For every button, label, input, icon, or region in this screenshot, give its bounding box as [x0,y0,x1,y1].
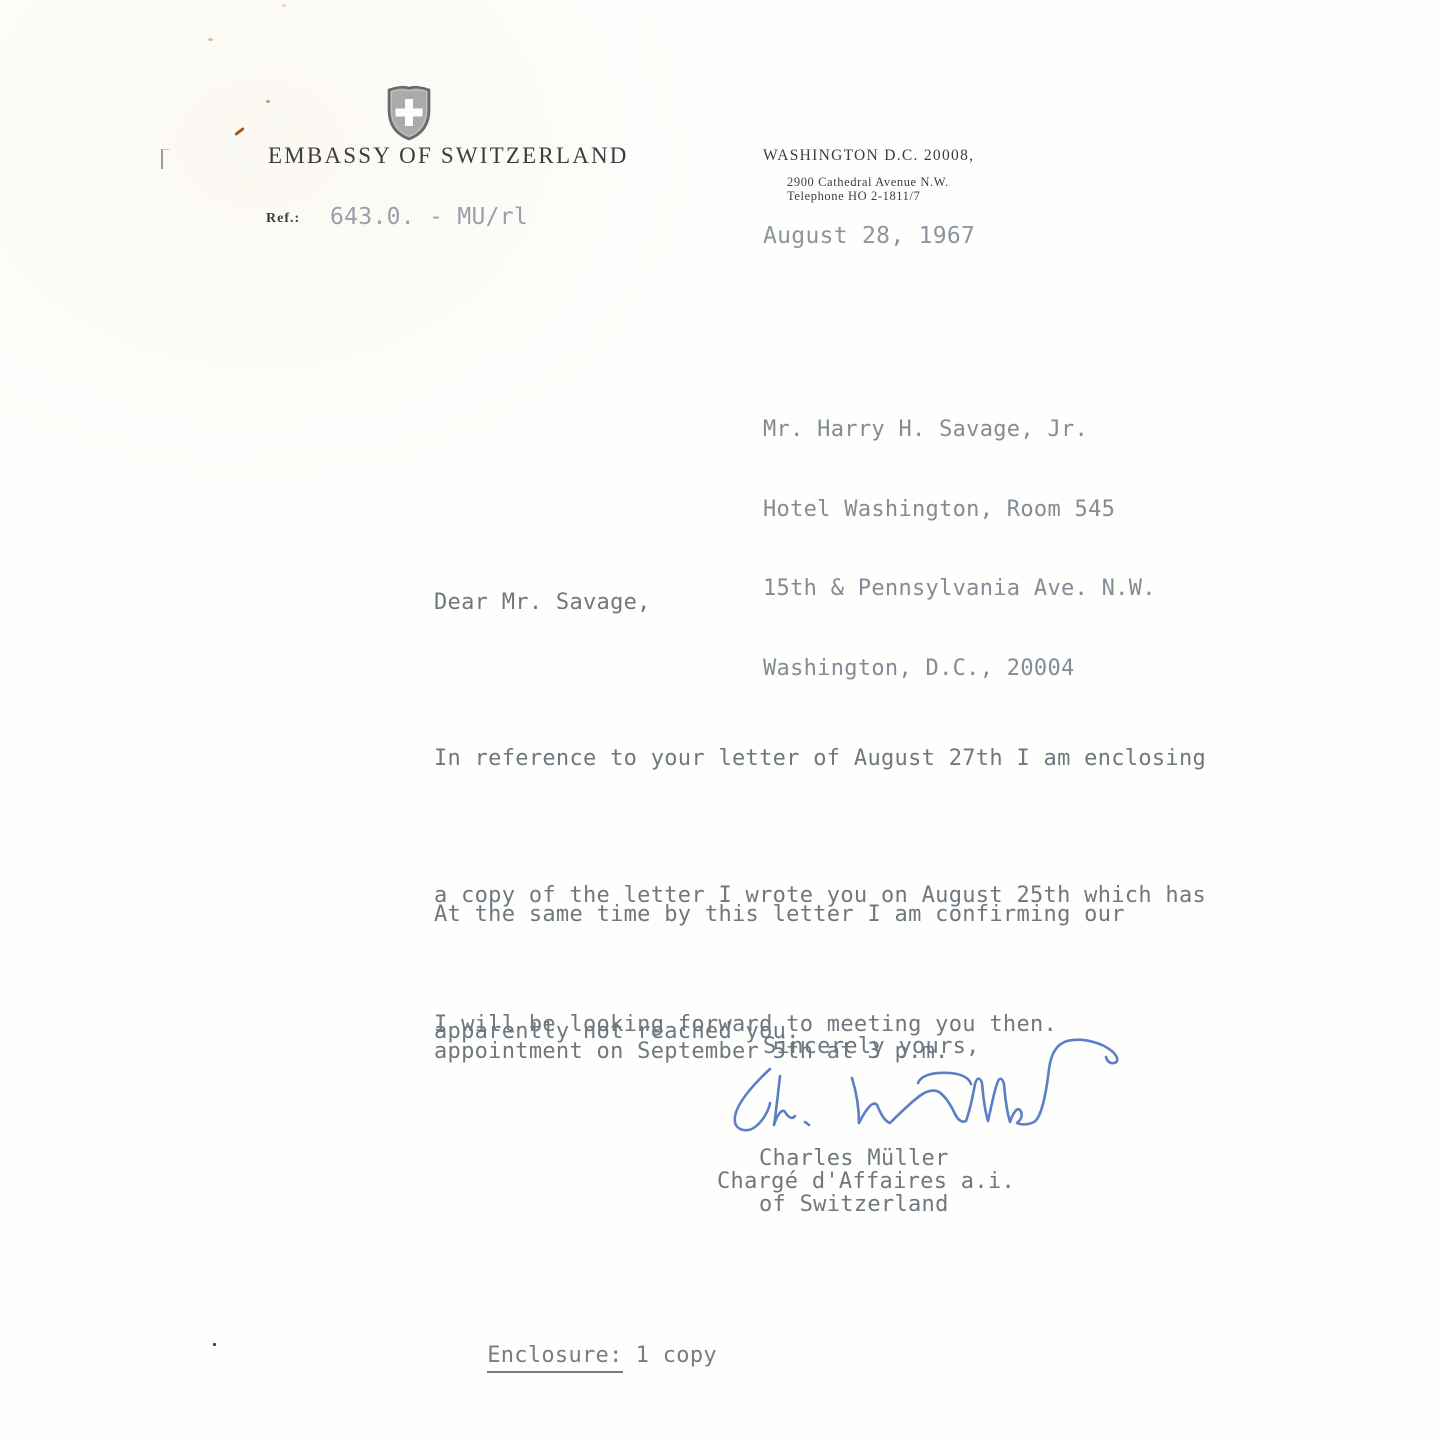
paper-speck [282,4,286,7]
enclosure-value: 1 copy [636,1343,717,1368]
paper-speck [266,100,270,103]
paper-speck [208,38,213,41]
letter-page: EMBASSY OF SWITZERLAND Ref.: 643.0. - MU… [0,0,1445,1445]
body-line: In reference to your letter of August 27… [434,736,1206,782]
handwritten-signature [722,1033,1132,1138]
recipient-line: Hotel Washington, Room 545 [763,497,1156,524]
signer-title: Chargé d'Affaires a.i. [717,1169,1015,1194]
salutation: Dear Mr. Savage, [434,590,651,615]
embassy-title: EMBASSY OF SWITZERLAND [268,143,629,169]
office-phone-line: Telephone HO 2-1811/7 [787,189,920,204]
signer-org: of Switzerland [759,1192,949,1217]
paper-speck [234,127,245,136]
enclosure-label: Enclosure: [487,1343,622,1373]
office-street-line: 2900 Cathedral Avenue N.W. [787,175,949,190]
signer-name: Charles Müller [759,1146,949,1171]
scan-corner-mark [161,149,169,169]
recipient-line: 15th & Pennsylvania Ave. N.W. [763,576,1156,603]
swiss-shield-icon [386,84,432,142]
paper-speck [213,1343,216,1346]
office-city-line: WASHINGTON D.C. 20008, [763,147,974,165]
enclosure-note: Enclosure:1 copy [433,1318,717,1393]
letter-date: August 28, 1967 [763,223,975,249]
recipient-line: Mr. Harry H. Savage, Jr. [763,417,1156,444]
ref-value: 643.0. - MU/rl [330,204,528,230]
ref-label: Ref.: [266,211,300,227]
